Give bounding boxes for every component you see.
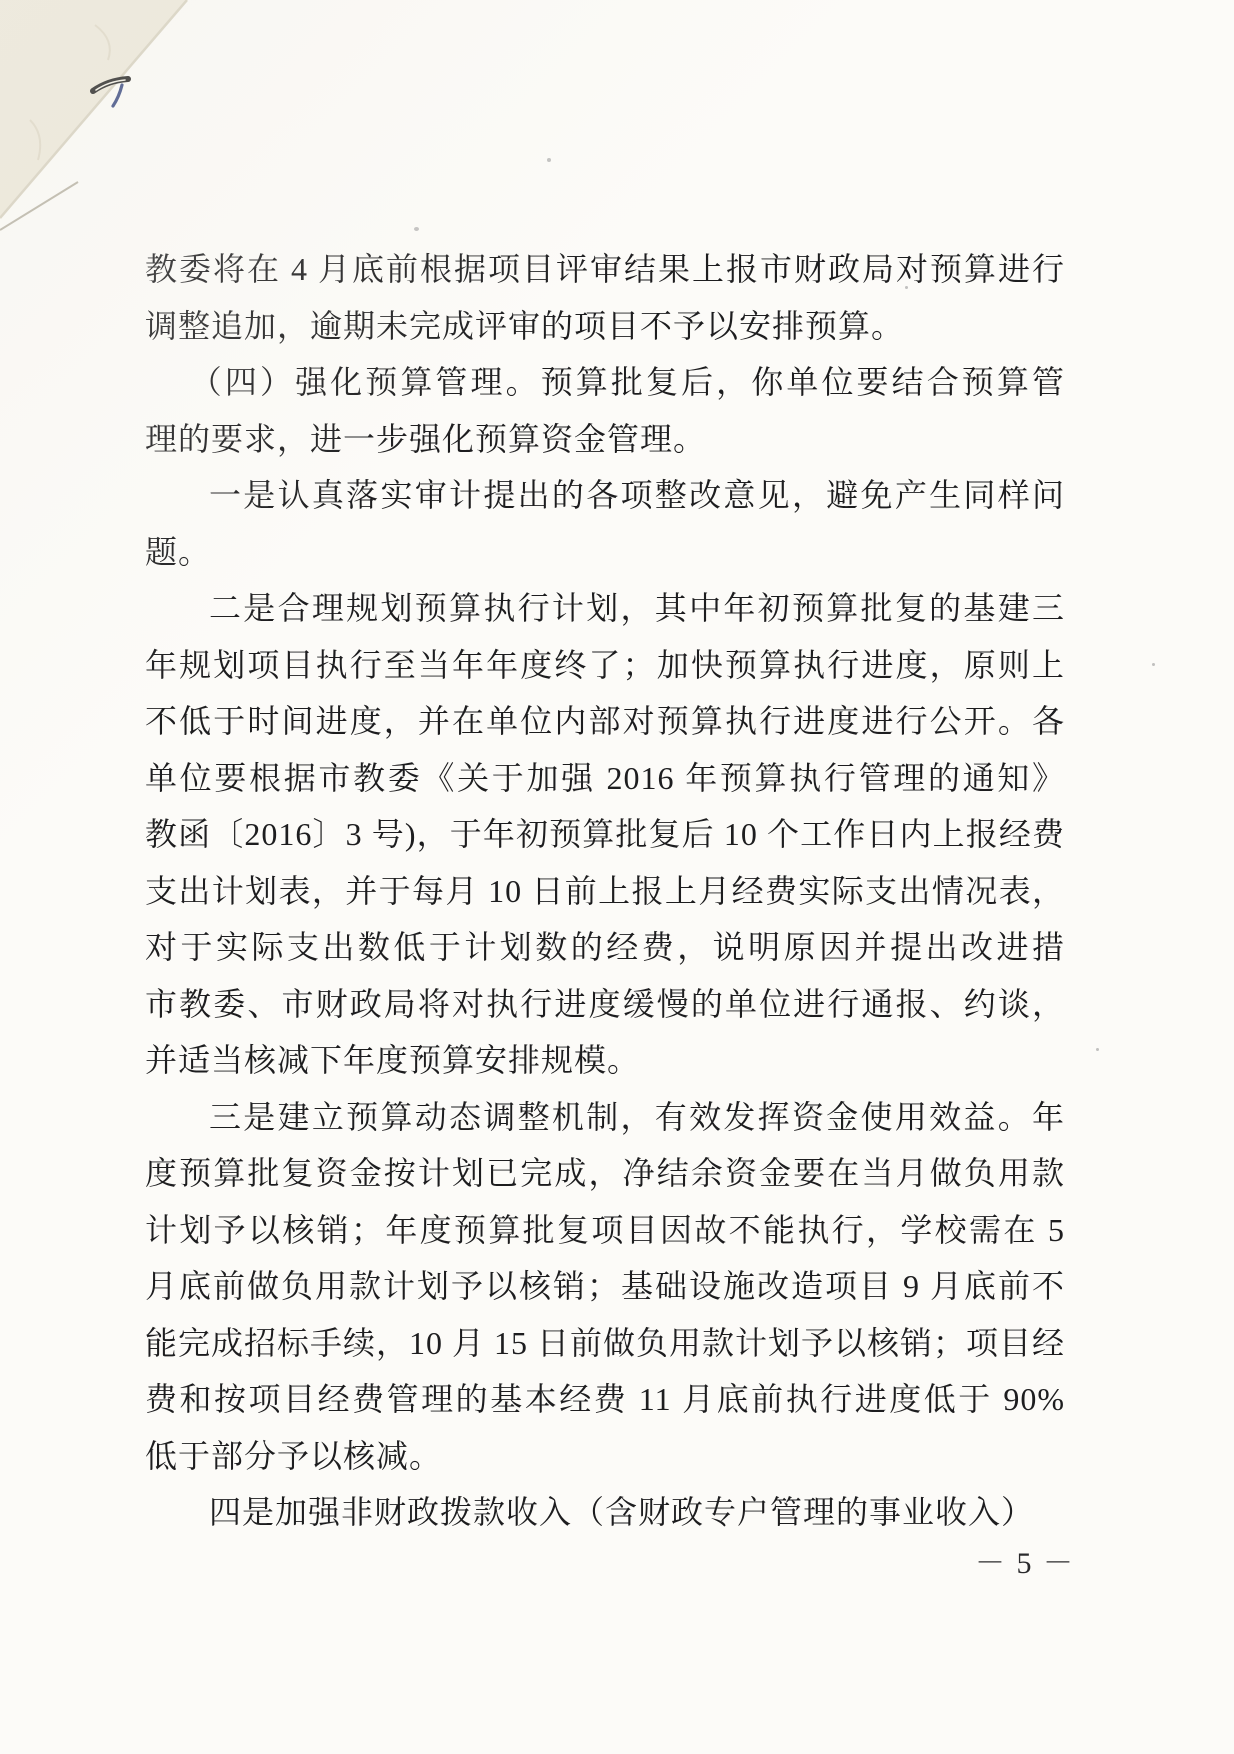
text-line: （四）强化预算管理。预算批复后，你单位要结合预算管 [145,354,1065,411]
text-line: 一是认真落实审计提出的各项整改意见，避免产生同样问 [145,467,1065,524]
text-line: 低于部分予以核减。 [145,1428,1065,1485]
text-line: 市教委、市财政局将对执行进度缓慢的单位进行通报、约谈， [145,976,1065,1033]
pen-mark-blue-icon [113,85,122,106]
text-line: 单位要根据市教委《关于加强 2016 年预算执行管理的通知》(京 [145,750,1065,807]
text-line: 度预算批复资金按计划已完成，净结余资金要在当月做负用款 [145,1145,1065,1202]
text-line: 并适当核减下年度预算安排规模。 [145,1032,1065,1089]
text-line: 三是建立预算动态调整机制，有效发挥资金使用效益。年 [145,1089,1065,1146]
scan-speck [1152,663,1155,666]
text-line: 调整追加，逾期未完成评审的项目不予以安排预算。 [145,298,1065,355]
document-page: 教委将在 4 月底前根据项目评审结果上报市财政局对预算进行 调整追加，逾期未完成… [0,0,1234,1754]
text-line: 题。 [145,524,1065,581]
scan-speck [414,227,419,231]
text-line: 二是合理规划预算执行计划，其中年初预算批复的基建三 [145,580,1065,637]
text-line: 年规划项目执行至当年年度终了；加快预算执行进度，原则上 [145,637,1065,694]
page-number: － 5 － [975,1538,1115,1582]
document-body: 教委将在 4 月底前根据项目评审结果上报市财政局对预算进行 调整追加，逾期未完成… [145,241,1065,1541]
text-line: 支出计划表，并于每月 10 日前上报上月经费实际支出情况表， [145,863,1065,920]
text-line: 教委将在 4 月底前根据项目评审结果上报市财政局对预算进行 [145,241,1065,298]
text-line: 教函〔2016〕3 号)，于年初预算批复后 10 个工作日内上报经费 [145,806,1065,863]
text-line: 四是加强非财政拨款收入（含财政专户管理的事业收入） [145,1484,1065,1541]
text-line: 能完成招标手续，10 月 15 日前做负用款计划予以核销；项目经 [145,1315,1065,1372]
text-line: 计划予以核销；年度预算批复项目因故不能执行，学校需在 5 [145,1202,1065,1259]
scan-speck [1096,1048,1099,1051]
text-line: 费和按项目经费管理的基本经费 11 月底前执行进度低于 90%的， [145,1371,1065,1428]
text-line: 月底前做负用款计划予以核销；基础设施改造项目 9 月底前不 [145,1258,1065,1315]
scan-speck [547,158,551,162]
text-line: 对于实际支出数低于计划数的经费，说明原因并提出改进措施。 [145,919,1065,976]
text-line: 不低于时间进度，并在单位内部对预算执行进度进行公开。各 [145,693,1065,750]
text-line: 理的要求，进一步强化预算资金管理。 [145,411,1065,468]
